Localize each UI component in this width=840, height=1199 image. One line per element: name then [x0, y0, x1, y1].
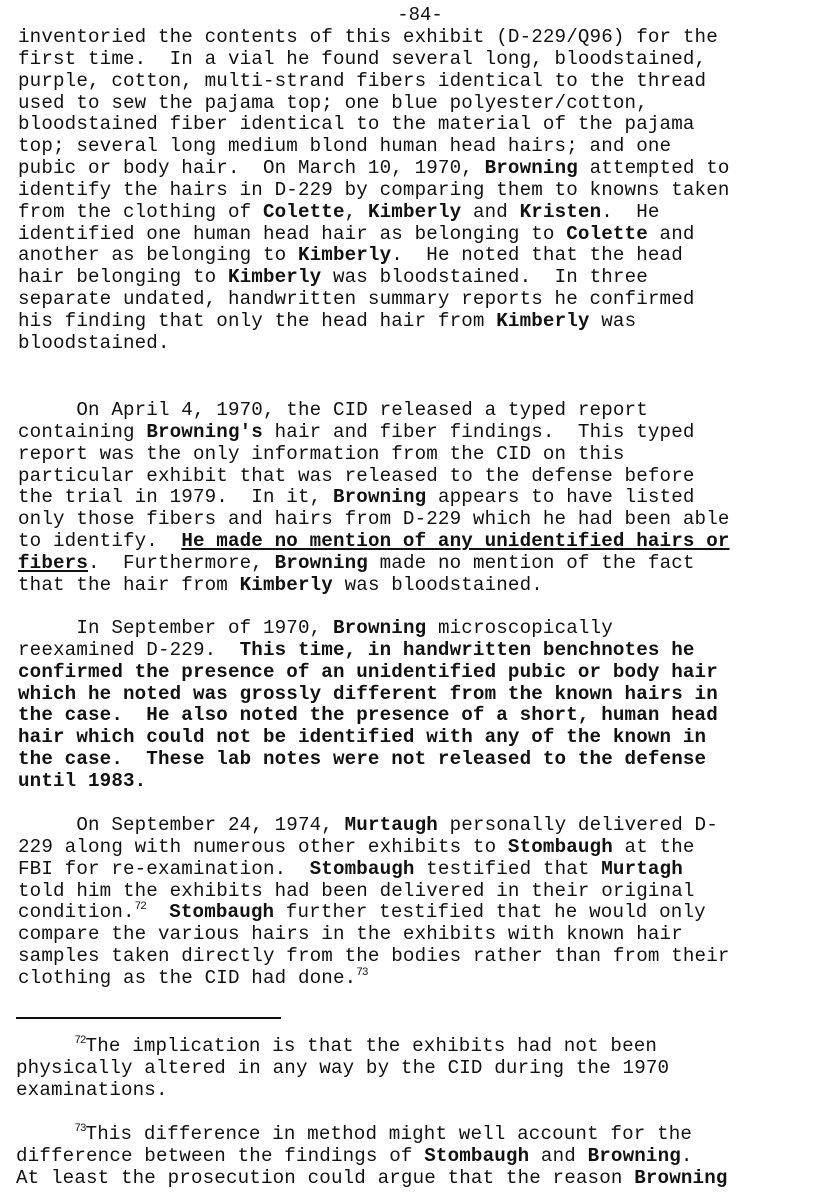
- text-line: difference between the findings of Stomb…: [16, 1146, 831, 1168]
- text-line: identified one human head hair as belong…: [18, 224, 833, 246]
- bold-text: Murtagh: [601, 858, 683, 880]
- text-run: testified that: [415, 858, 602, 880]
- text-line: compare the various hairs in the exhibit…: [18, 924, 833, 946]
- bold-text: hair which could not be identified with …: [18, 726, 706, 748]
- text-line: clothing as the CID had done.73: [18, 968, 833, 990]
- bold-text: confirmed the presence of an unidentifie…: [18, 661, 718, 683]
- text-run: that the hair from: [18, 574, 240, 596]
- text-line: top; several long medium blond human hea…: [18, 136, 833, 158]
- text-run: . Furthermore,: [88, 552, 275, 574]
- text-run: The implication is that the exhibits had…: [86, 1035, 658, 1057]
- text-line: purple, cotton, multi-strand fibers iden…: [18, 71, 833, 93]
- footnote-ref: 72: [135, 901, 146, 913]
- text-run: used to sew the pajama top; one blue pol…: [18, 92, 648, 114]
- text-run: 229 along with numerous other exhibits t…: [18, 836, 508, 858]
- text-line: physically altered in any way by the CID…: [16, 1058, 831, 1080]
- text-line: FBI for re-examination. Stombaugh testif…: [18, 859, 833, 881]
- text-line: identify the hairs in D-229 by comparing…: [18, 180, 833, 202]
- text-run: physically altered in any way by the CID…: [16, 1057, 669, 1079]
- text-line: In September of 1970, Browning microscop…: [18, 618, 833, 640]
- underlined-emphasis: fibers: [18, 552, 88, 574]
- text-run: bloodstained fiber identical to the mate…: [18, 113, 695, 135]
- text-run: On September 24, 1974,: [18, 814, 345, 836]
- text-run: microscopically: [426, 617, 613, 639]
- text-line: fibers. Furthermore, Browning made no me…: [18, 553, 833, 575]
- text-run: containing: [18, 421, 146, 443]
- text-run: FBI for re-examination.: [18, 858, 310, 880]
- text-run: was bloodstained.: [333, 574, 543, 596]
- bold-text: Kimberly: [228, 266, 321, 288]
- text-run: personally delivered D-: [438, 814, 718, 836]
- text-line: condition.72 Stombaugh further testified…: [18, 902, 833, 924]
- bold-text: Stombaugh: [169, 901, 274, 923]
- text-run: told him the exhibits had been delivered…: [18, 880, 695, 902]
- text-line: used to sew the pajama top; one blue pol…: [18, 93, 833, 115]
- text-run: only those fibers and hairs from D-229 w…: [18, 508, 730, 530]
- text-run: made no mention of the fact: [368, 552, 695, 574]
- bold-text: the case. These lab notes were not relea…: [18, 748, 706, 770]
- text-run: clothing as the CID had done.: [18, 967, 356, 989]
- text-line: examinations.: [16, 1080, 831, 1102]
- bold-text: Stombaugh: [508, 836, 613, 858]
- text-run: This difference in method might well acc…: [86, 1123, 693, 1145]
- bold-text: Colette: [566, 223, 648, 245]
- text-line: report was the only information from the…: [18, 444, 833, 466]
- bold-text: This time, in handwritten benchnotes he: [240, 639, 695, 661]
- text-run: . He: [601, 201, 659, 223]
- bold-text: Kimberly: [240, 574, 333, 596]
- text-line: 229 along with numerous other exhibits t…: [18, 837, 833, 859]
- text-run: . He noted that the head: [391, 244, 683, 266]
- text-line: another as belonging to Kimberly. He not…: [18, 245, 833, 267]
- text-line: told him the exhibits had been delivered…: [18, 881, 833, 903]
- bold-text: Stombaugh: [424, 1145, 529, 1167]
- bold-text: Kimberly: [496, 310, 589, 332]
- text-run: inventoried the contents of this exhibit…: [18, 26, 718, 48]
- footnote-divider: [16, 1017, 281, 1019]
- text-line: bloodstained fiber identical to the mate…: [18, 114, 833, 136]
- text-line: to identify. He made no mention of any u…: [18, 531, 833, 553]
- text-run: was: [590, 310, 637, 332]
- bold-text: Browning: [634, 1167, 727, 1189]
- underlined-emphasis: He made no mention of any unidentified h…: [181, 530, 729, 552]
- footnote-72: 72The implication is that the exhibits h…: [16, 1036, 831, 1102]
- bold-text: Browning's: [146, 421, 263, 443]
- text-run: top; several long medium blond human hea…: [18, 135, 671, 157]
- text-line: only those fibers and hairs from D-229 w…: [18, 509, 833, 531]
- text-run: [146, 901, 169, 923]
- text-run: identified one human head hair as belong…: [18, 223, 566, 245]
- text-run: to identify.: [18, 530, 181, 552]
- text-line: particular exhibit that was released to …: [18, 466, 833, 488]
- text-line: samples taken directly from the bodies r…: [18, 946, 833, 968]
- text-run: hair and fiber findings. This typed: [263, 421, 695, 443]
- text-line: that the hair from Kimberly was bloodsta…: [18, 575, 833, 597]
- text-run: separate undated, handwritten summary re…: [18, 288, 695, 310]
- footnote-ref: 73: [74, 1123, 85, 1135]
- bold-text: Stombaugh: [310, 858, 415, 880]
- bold-text: Kimberly: [368, 201, 461, 223]
- text-run: further testified that he would only: [274, 901, 706, 923]
- text-line: confirmed the presence of an unidentifie…: [18, 662, 833, 684]
- text-run: purple, cotton, multi-strand fibers iden…: [18, 70, 706, 92]
- paragraph-reexamination: In September of 1970, Browning microscop…: [18, 618, 833, 793]
- text-run: [16, 1123, 74, 1145]
- footnote-73: 73This difference in method might well a…: [16, 1124, 831, 1190]
- text-run: report was the only information from the…: [18, 443, 625, 465]
- bold-text: Murtaugh: [345, 814, 438, 836]
- page-number: -84-: [0, 4, 840, 26]
- bold-text: Browning: [333, 617, 426, 639]
- text-run: On April 4, 1970, the CID released a typ…: [18, 399, 648, 421]
- text-run: In September of 1970,: [18, 617, 333, 639]
- paragraph-cid-typed-report: On April 4, 1970, the CID released a typ…: [18, 400, 833, 597]
- text-line: which he noted was grossly different fro…: [18, 684, 833, 706]
- text-line: the case. These lab notes were not relea…: [18, 749, 833, 771]
- text-run: and: [648, 223, 695, 245]
- text-line: At least the prosecution could argue tha…: [16, 1168, 831, 1190]
- text-run: condition.: [18, 901, 135, 923]
- bold-text: Colette: [263, 201, 345, 223]
- bold-text: Browning: [485, 157, 578, 179]
- text-line: pubic or body hair. On March 10, 1970, B…: [18, 158, 833, 180]
- text-run: compare the various hairs in the exhibit…: [18, 923, 683, 945]
- text-line: 72The implication is that the exhibits h…: [16, 1036, 831, 1058]
- text-run: at the: [613, 836, 695, 858]
- text-run: first time. In a vial he found several l…: [18, 48, 706, 70]
- text-line: hair which could not be identified with …: [18, 727, 833, 749]
- text-line: reexamined D-229. This time, in handwrit…: [18, 640, 833, 662]
- text-run: identify the hairs in D-229 by comparing…: [18, 179, 730, 201]
- text-run: examinations.: [16, 1079, 168, 1101]
- bold-text: Kimberly: [298, 244, 391, 266]
- footnote-ref: 72: [74, 1035, 85, 1047]
- bold-text: Browning: [588, 1145, 681, 1167]
- text-line: bloodstained.: [18, 333, 833, 355]
- text-run: and: [529, 1145, 587, 1167]
- text-line: until 1983.: [18, 771, 833, 793]
- text-run: At least the prosecution could argue tha…: [16, 1167, 634, 1189]
- text-run: ,: [345, 201, 368, 223]
- text-run: bloodstained.: [18, 332, 170, 354]
- bold-text: until 1983.: [18, 770, 146, 792]
- text-line: his finding that only the head hair from…: [18, 311, 833, 333]
- text-line: On September 24, 1974, Murtaugh personal…: [18, 815, 833, 837]
- text-line: inventoried the contents of this exhibit…: [18, 27, 833, 49]
- bold-text: Browning: [333, 486, 426, 508]
- text-line: 73This difference in method might well a…: [16, 1124, 831, 1146]
- text-run: the trial in 1979. In it,: [18, 486, 333, 508]
- text-run: .: [681, 1145, 693, 1167]
- text-run: [16, 1035, 74, 1057]
- bold-text: the case. He also noted the presence of …: [18, 704, 718, 726]
- text-line: the trial in 1979. In it, Browning appea…: [18, 487, 833, 509]
- text-line: from the clothing of Colette, Kimberly a…: [18, 202, 833, 224]
- paragraph-exhibit-inventory: inventoried the contents of this exhibit…: [18, 27, 833, 355]
- text-line: first time. In a vial he found several l…: [18, 49, 833, 71]
- bold-text: Kristen: [520, 201, 602, 223]
- text-run: difference between the findings of: [16, 1145, 424, 1167]
- text-run: particular exhibit that was released to …: [18, 465, 695, 487]
- text-run: his finding that only the head hair from: [18, 310, 496, 332]
- text-line: containing Browning's hair and fiber fin…: [18, 422, 833, 444]
- text-run: hair belonging to: [18, 266, 228, 288]
- bold-text: which he noted was grossly different fro…: [18, 683, 718, 705]
- text-line: On April 4, 1970, the CID released a typ…: [18, 400, 833, 422]
- text-run: from the clothing of: [18, 201, 263, 223]
- bold-text: Browning: [275, 552, 368, 574]
- text-run: appears to have listed: [426, 486, 694, 508]
- text-line: the case. He also noted the presence of …: [18, 705, 833, 727]
- text-run: was bloodstained. In three: [321, 266, 648, 288]
- text-run: samples taken directly from the bodies r…: [18, 945, 730, 967]
- text-run: and: [461, 201, 519, 223]
- paragraph-fbi-delivery: On September 24, 1974, Murtaugh personal…: [18, 815, 833, 990]
- text-run: attempted to: [578, 157, 730, 179]
- text-run: reexamined D-229.: [18, 639, 240, 661]
- text-run: another as belonging to: [18, 244, 298, 266]
- text-line: hair belonging to Kimberly was bloodstai…: [18, 267, 833, 289]
- footnote-ref: 73: [356, 967, 367, 979]
- text-line: separate undated, handwritten summary re…: [18, 289, 833, 311]
- text-run: pubic or body hair. On March 10, 1970,: [18, 157, 485, 179]
